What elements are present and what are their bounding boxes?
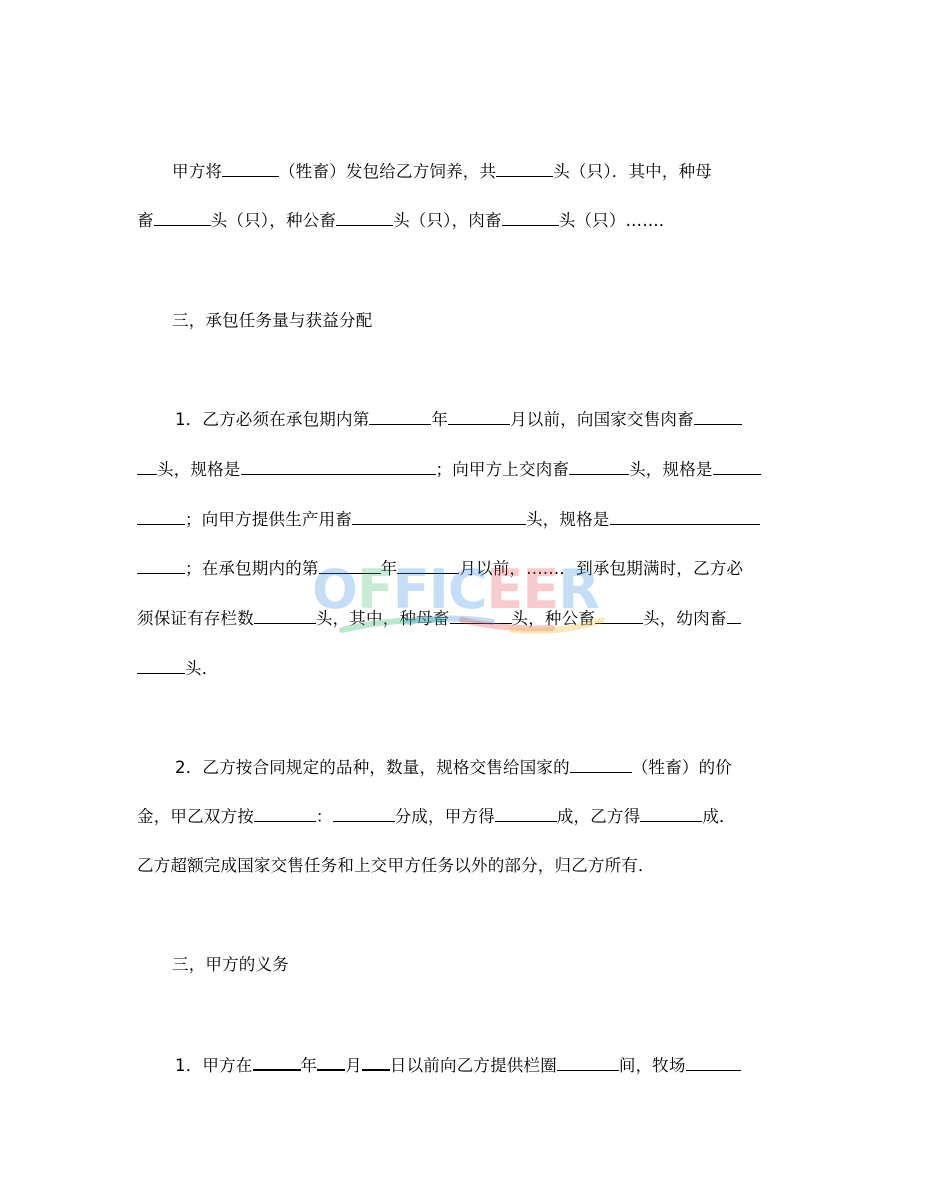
text: 头（只），种公畜	[211, 211, 336, 230]
blank-field	[319, 559, 381, 574]
blank-field	[727, 609, 741, 624]
document-page: 甲方将（牲畜）发包给乙方饲养，共头（只）．其中，种母 畜头（只），种公畜头（只）…	[0, 0, 928, 1200]
paragraph-line: 1．甲方在年月日以前向乙方提供栏圈间，牧场	[175, 1055, 741, 1076]
blank-field	[137, 559, 185, 574]
paragraph-line: 须保证有存栏数头，其中，种母畜头，种公畜头，幼肉畜	[137, 609, 741, 629]
blank-field	[495, 807, 557, 822]
blank-field	[686, 1056, 741, 1071]
text: （牲畜）发包给乙方饲养，共	[279, 162, 496, 181]
blank-field	[336, 211, 393, 226]
paragraph-line: 头，规格是；向甲方上交肉畜头，规格是	[137, 460, 761, 480]
blank-field	[595, 609, 643, 624]
paragraph-line: 甲方将（牲畜）发包给乙方饲养，共头（只）．其中，种母	[172, 162, 712, 182]
text: 1．乙方必须在承包期内第	[175, 410, 369, 429]
text: 头（只）．其中，种母	[553, 162, 712, 181]
paragraph-line: ；在承包期内的第年月以前，……．到承包期满时，乙方必	[137, 559, 743, 579]
blank-field	[450, 609, 512, 624]
text: 头（只），肉畜	[393, 211, 502, 230]
text: 头．	[185, 659, 218, 678]
blank-field	[502, 211, 559, 226]
blank-field	[570, 758, 632, 773]
paragraph-line: 畜头（只），种公畜头（只），肉畜头（只）……．	[137, 211, 676, 231]
text: 畜	[137, 211, 154, 230]
blank-field	[154, 211, 211, 226]
text: ：	[316, 807, 333, 826]
section-heading: 三，承包任务量与获益分配	[172, 311, 372, 331]
text: 头，规格是	[526, 510, 610, 529]
paragraph-line: 头．	[137, 659, 218, 679]
blank-field	[137, 460, 157, 475]
blank-field	[317, 1055, 345, 1071]
text: 月以前，向国家交售肉畜	[510, 410, 694, 429]
blank-field	[362, 1055, 390, 1071]
text: 成．	[702, 807, 735, 826]
blank-field	[369, 410, 431, 425]
blank-field	[569, 460, 629, 475]
blank-field	[397, 559, 459, 574]
paragraph-line: ；向甲方提供生产用畜头，规格是	[137, 510, 760, 530]
text: 头，其中，种母畜	[316, 609, 450, 628]
text: 日以前向乙方提供栏圈	[390, 1056, 557, 1075]
blank-field	[640, 807, 702, 822]
blank-field	[333, 807, 395, 822]
text: ；向甲方上交肉畜	[436, 460, 570, 479]
text: （牲畜）的价	[632, 758, 732, 777]
text: 头（只）……．	[559, 211, 676, 230]
text: 须保证有存栏数	[137, 609, 254, 628]
text: 头，幼肉畜	[643, 609, 727, 628]
blank-field	[254, 609, 316, 624]
blank-field	[241, 460, 436, 475]
blank-field	[713, 460, 761, 475]
blank-field	[137, 659, 185, 674]
paragraph-line: 2．乙方按合同规定的品种，数量，规格交售给国家的（牲畜）的价	[175, 758, 732, 778]
text: 头，规格是	[629, 460, 713, 479]
blank-field	[557, 1056, 619, 1071]
text: 月	[345, 1056, 362, 1075]
text: 头，种公畜	[512, 609, 596, 628]
blank-field	[610, 510, 760, 525]
text: 分成，甲方得	[395, 807, 495, 826]
text: 头，规格是	[157, 460, 241, 479]
text: 甲方将	[172, 162, 222, 181]
blank-field	[253, 1055, 301, 1071]
blank-field	[137, 510, 185, 525]
paragraph-line: 金，甲乙双方按：分成，甲方得成，乙方得成．	[137, 807, 736, 827]
text: 年	[431, 410, 448, 429]
text: 间，牧场	[619, 1056, 686, 1075]
blank-field	[222, 162, 279, 177]
text: 年	[301, 1056, 318, 1075]
blank-field	[352, 510, 526, 525]
section-heading: 三，甲方的义务	[172, 955, 289, 975]
blank-field	[448, 410, 510, 425]
paragraph-line: 1．乙方必须在承包期内第年月以前，向国家交售肉畜	[175, 410, 742, 430]
blank-field	[694, 410, 742, 425]
text: 2．乙方按合同规定的品种，数量，规格交售给国家的	[175, 758, 570, 777]
text: 年	[381, 559, 398, 578]
text: ；向甲方提供生产用畜	[185, 510, 352, 529]
blank-field	[254, 807, 316, 822]
text: 成，乙方得	[557, 807, 641, 826]
text: 1．甲方在	[175, 1056, 253, 1075]
text: 月以前，……．到承包期满时，乙方必	[459, 559, 743, 578]
blank-field	[496, 162, 553, 177]
text: 金，甲乙双方按	[137, 807, 254, 826]
paragraph-line: 乙方超额完成国家交售任务和上交甲方任务以外的部分，归乙方所有．	[137, 856, 655, 876]
text: ；在承包期内的第	[185, 559, 319, 578]
